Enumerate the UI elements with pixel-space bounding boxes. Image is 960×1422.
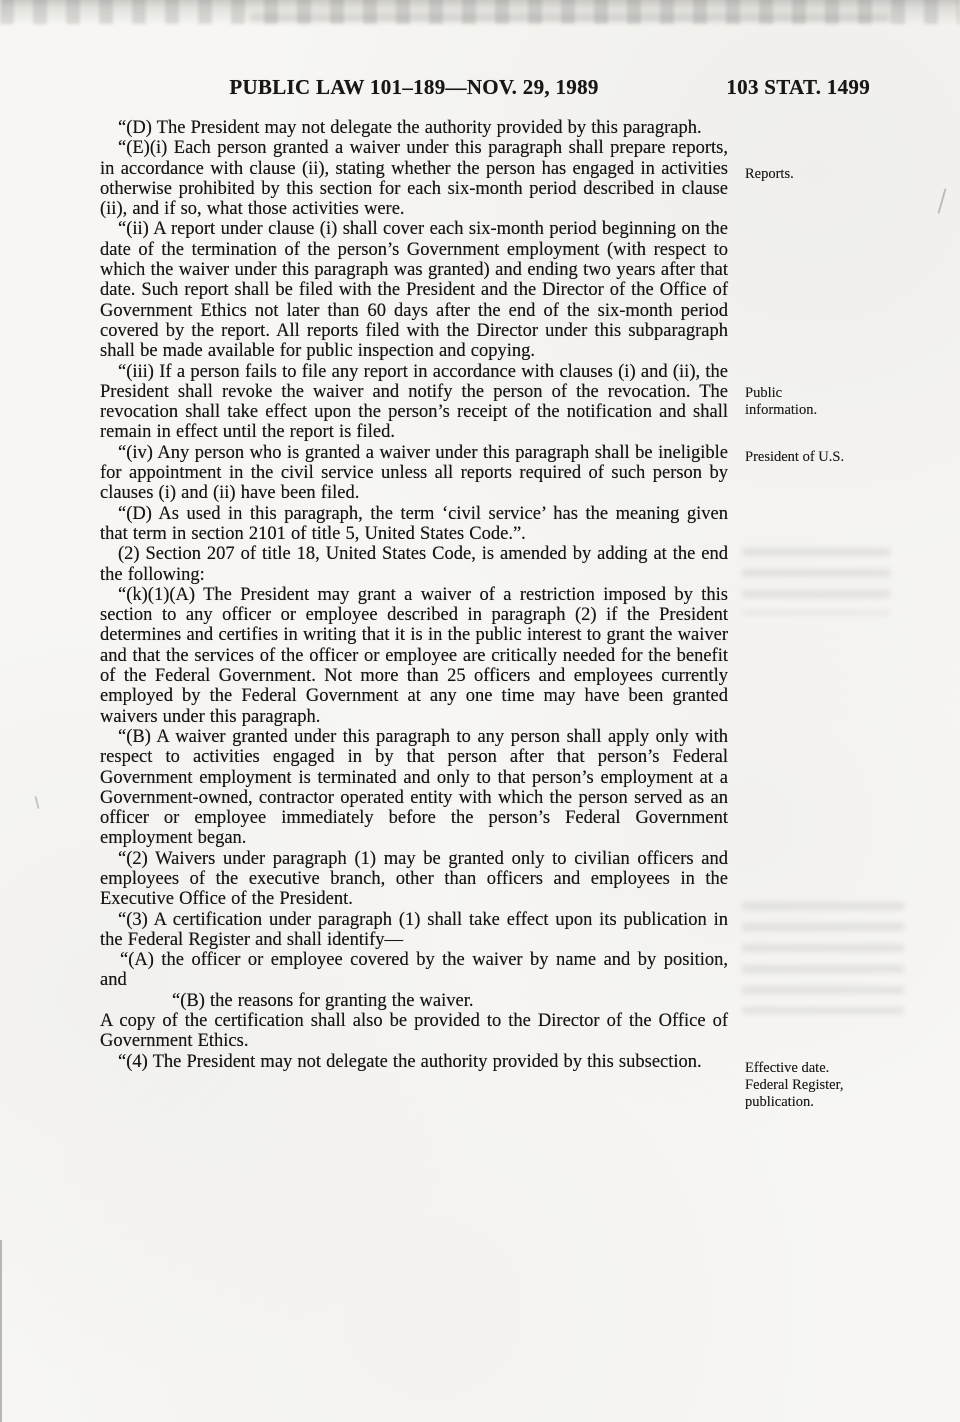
paragraph-D-civil-service-def: “(D) As used in this paragraph, the term…: [100, 504, 728, 545]
paragraph-2-section-207: (2) Section 207 of title 18, United Stat…: [100, 544, 728, 585]
margin-note-effective-date: Effective date. Federal Register, public…: [745, 1060, 849, 1110]
paragraph-iii-revocation: “(iii) If a person fails to file any rep…: [100, 362, 728, 443]
paragraph-ii-report-period: “(ii) A report under clause (i) shall co…: [100, 219, 728, 361]
paragraph-4-no-delegation: “(4) The President may not delegate the …: [100, 1052, 728, 1072]
margin-note-reports: Reports.: [745, 166, 849, 183]
bleedthrough-artifact: [742, 902, 904, 1014]
margin-note-public-information: Public information.: [745, 385, 849, 419]
bleedthrough-artifact: [742, 548, 890, 614]
statute-text-column: “(D) The President may not delegate the …: [100, 118, 728, 1072]
paragraph-D-no-delegation: “(D) The President may not delegate the …: [100, 118, 728, 138]
paragraph-k1A-waiver-grant: “(k)(1)(A) The President may grant a wai…: [100, 585, 728, 727]
scan-artifact-mark: [34, 796, 39, 809]
scan-artifact-left-edge: [0, 1240, 2, 1422]
page-header-stat-number: 103 STAT. 1499: [706, 75, 870, 100]
margin-note-president-of-us: President of U.S.: [745, 449, 849, 466]
paragraph-B-waiver-scope: “(B) A waiver granted under this paragra…: [100, 727, 728, 849]
paragraph-E-i-reports: “(E)(i) Each person granted a waiver und…: [100, 138, 728, 219]
statute-page: PUBLIC LAW 101–189—NOV. 29, 1989 103 STA…: [0, 0, 960, 1422]
subparagraph-B-reasons: “(B) the reasons for granting the waiver…: [100, 991, 728, 1011]
paragraph-iv-ineligibility: “(iv) Any person who is granted a waiver…: [100, 443, 728, 504]
paragraph-2-civilian-officers: “(2) Waivers under paragraph (1) may be …: [100, 849, 728, 910]
paragraph-copy-to-director: A copy of the certification shall also b…: [100, 1011, 728, 1052]
page-header-law-title: PUBLIC LAW 101–189—NOV. 29, 1989: [100, 75, 728, 100]
scan-artifact-mark: [937, 188, 946, 214]
paragraph-3-certification: “(3) A certification under paragraph (1)…: [100, 910, 728, 951]
subparagraph-A-name-position: “(A) the officer or employee covered by …: [100, 950, 728, 991]
scan-artifact-top-band: [0, 0, 960, 24]
